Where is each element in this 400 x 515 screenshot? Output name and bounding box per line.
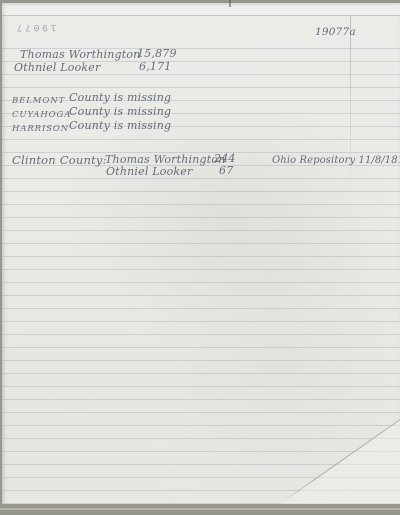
county-name: HARRISON [12,120,69,135]
candidate-name: Thomas Worthington [20,49,141,61]
county-name: BELMONT [12,92,69,107]
handwriting-layer: 19077 19077a Thomas Worthington 15,879 O… [0,0,400,515]
county-label: Clinton County: [12,154,107,166]
vote-total: 6,171 [139,61,172,73]
missing-county-row: HARRISON County is missing [12,120,171,135]
candidate-name: Othniel Looker [14,62,100,74]
missing-note: County is missing [69,120,171,135]
archive-stamp: 19077 [14,21,57,32]
county-name: CUYAHOGA [12,106,69,121]
reference-number: 19077a [315,26,356,38]
source-citation: Ohio Repository 11/8/1814 [272,155,400,167]
vote-total: 15,879 [137,48,177,60]
candidate-name: Othniel Looker [106,166,192,178]
vote-total: 67 [219,165,233,177]
scanned-document: 19077 19077a Thomas Worthington 15,879 O… [0,0,400,515]
